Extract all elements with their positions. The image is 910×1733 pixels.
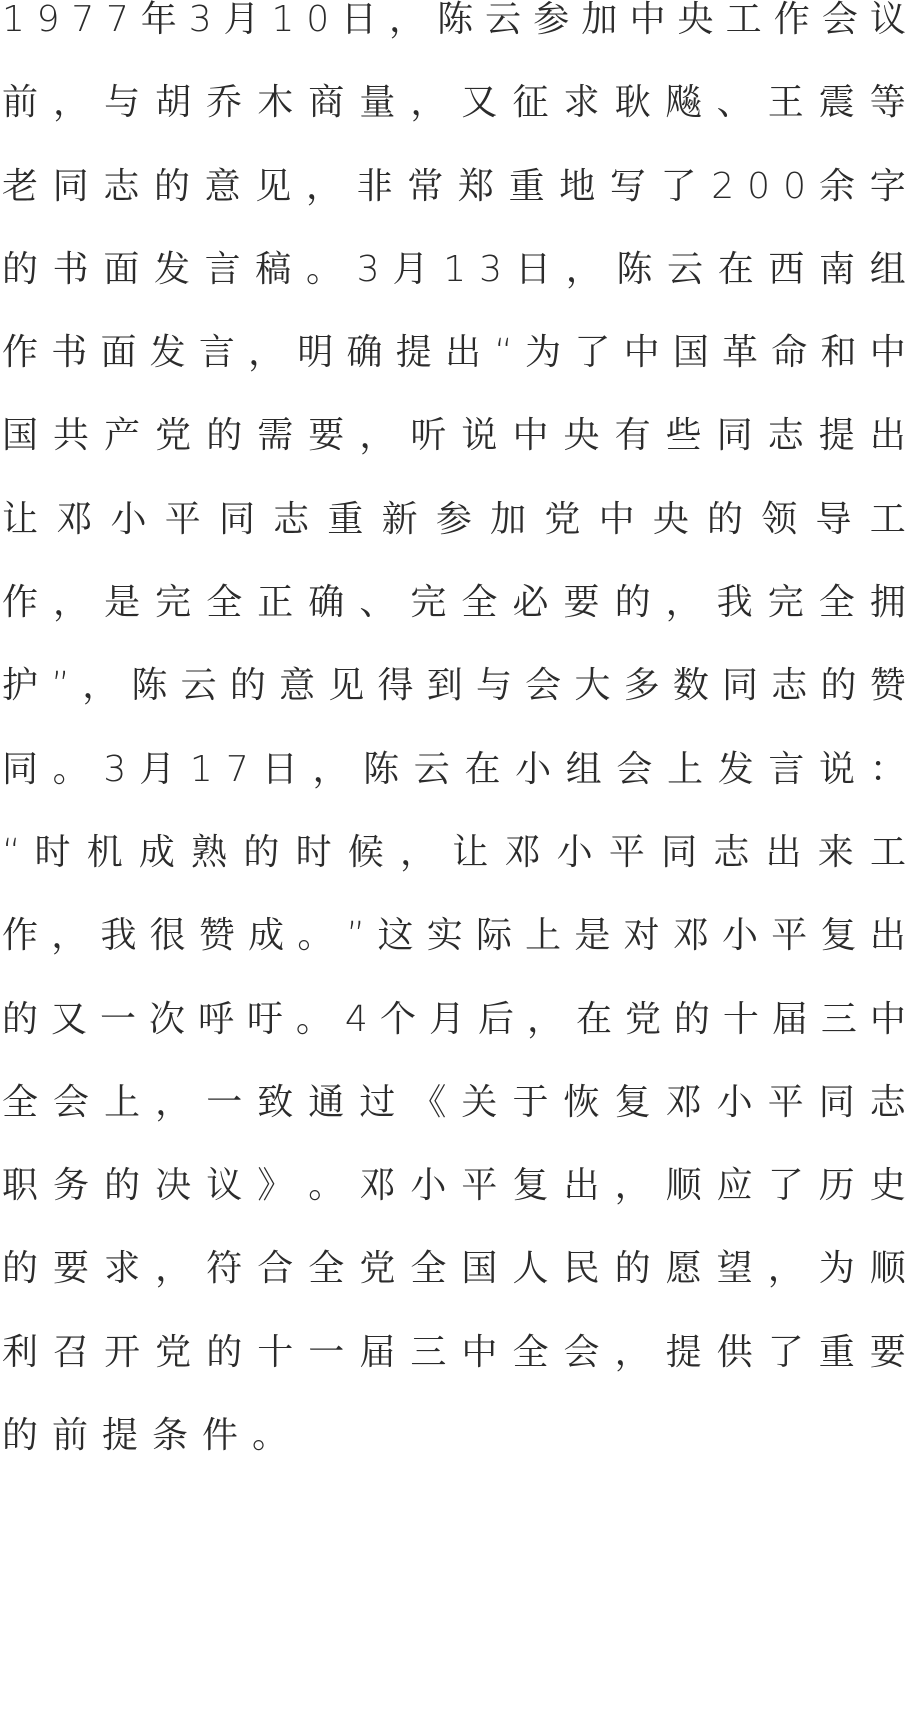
text-line: 全 会 上 ， 一 致 通 过 《 关 于 恢 复 邓 小 平 同 志 <box>0 1061 910 1144</box>
text-line: 前 ， 与 胡 乔 木 商 量 ， 又 征 求 耿 飚 、 王 震 等 <box>0 61 910 144</box>
text-line: 利 召 开 党 的 十 一 届 三 中 全 会 ， 提 供 了 重 要 <box>0 1311 910 1394</box>
text-line: 作 ， 是 完 全 正 确 、 完 全 必 要 的 ， 我 完 全 拥 <box>0 561 910 644</box>
text-line: 的 要 求 ， 符 合 全 党 全 国 人 民 的 愿 望 ， 为 顺 <box>0 1227 910 1310</box>
text-line: 作 ， 我 很 赞 成 。 ” 这 实 际 上 是 对 邓 小 平 复 出 <box>0 894 910 977</box>
text-line: 的 书 面 发 言 稿 。 3 月 1 3 日 ， 陈 云 在 西 南 组 <box>0 228 910 311</box>
text-line: “ 时 机 成 熟 的 时 候 ， 让 邓 小 平 同 志 出 来 工 <box>0 811 910 894</box>
text-line: 同 。 3 月 1 7 日 ， 陈 云 在 小 组 会 上 发 言 说 ： <box>0 728 910 811</box>
text-line-last: 的前提条件。 <box>0 1394 910 1477</box>
text-line: 的 又 一 次 呼 吁 。 4 个 月 后 ， 在 党 的 十 届 三 中 <box>0 978 910 1061</box>
text-line: 1 9 7 7 年 3 月 1 0 日 ， 陈 云 参 加 中 央 工 作 会 … <box>0 0 910 61</box>
text-line: 让 邓 小 平 同 志 重 新 参 加 党 中 央 的 领 导 工 <box>0 478 910 561</box>
text-line: 职 务 的 决 议 》 。 邓 小 平 复 出 ， 顺 应 了 历 史 <box>0 1144 910 1227</box>
text-line: 护 ” ， 陈 云 的 意 见 得 到 与 会 大 多 数 同 志 的 赞 <box>0 644 910 727</box>
text-line: 作 书 面 发 言 ， 明 确 提 出 “ 为 了 中 国 革 命 和 中 <box>0 311 910 394</box>
text-line: 老 同 志 的 意 见 ， 非 常 郑 重 地 写 了 2 0 0 余 字 <box>0 145 910 228</box>
article-body: 1 9 7 7 年 3 月 1 0 日 ， 陈 云 参 加 中 央 工 作 会 … <box>0 0 910 1477</box>
text-line: 国 共 产 党 的 需 要 ， 听 说 中 央 有 些 同 志 提 出 <box>0 394 910 477</box>
